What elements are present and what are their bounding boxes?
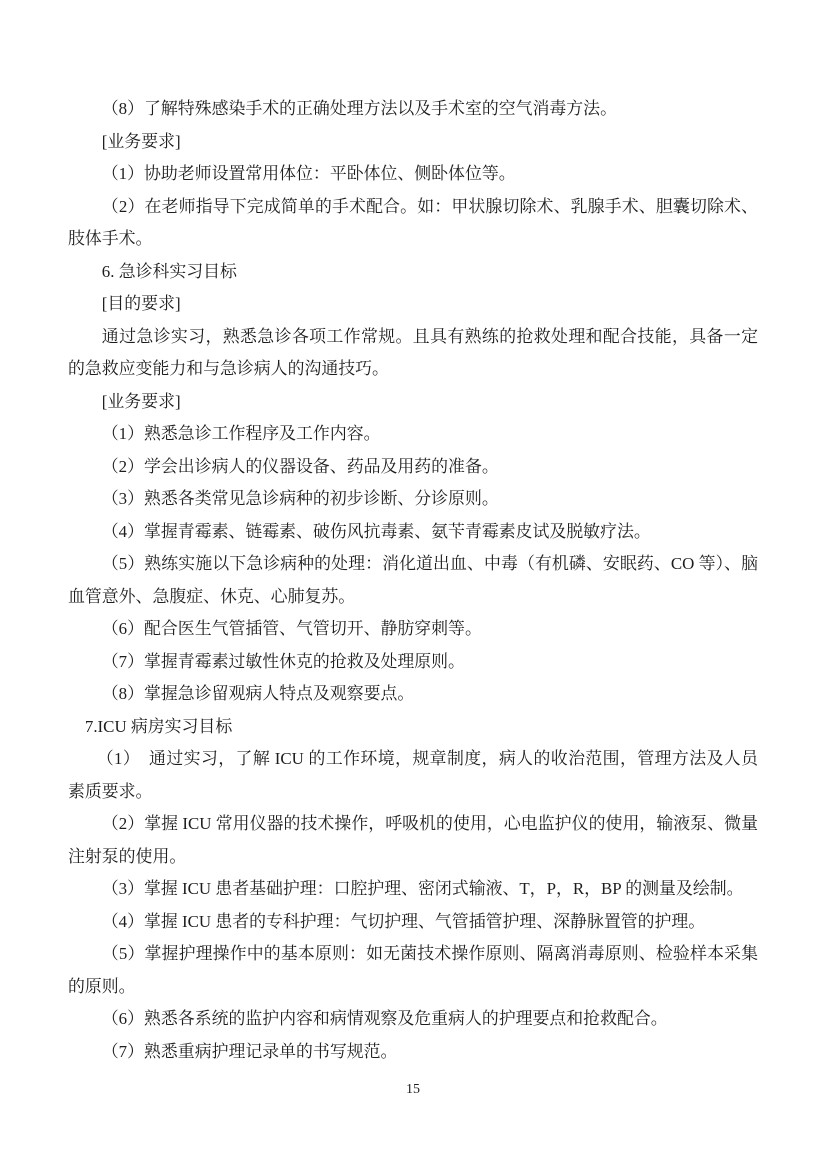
paragraph: （3）掌握 ICU 患者基础护理：口腔护理、密闭式输液、T，P，R，BP 的测量…: [68, 873, 758, 906]
paragraph: （2）掌握 ICU 常用仪器的技术操作，呼吸机的使用，心电监护仪的使用，输液泵、…: [68, 808, 758, 873]
paragraph: （7）熟悉重病护理记录单的书写规范。: [68, 1036, 758, 1069]
paragraph: （6）配合医生气管插管、气管切开、静肪穿刺等。: [68, 613, 758, 646]
paragraph: （2）学会出诊病人的仪器设备、药品及用药的准备。: [68, 451, 758, 484]
paragraph: （8）了解特殊感染手术的正确处理方法以及手术室的空气消毒方法。: [68, 93, 758, 126]
paragraph: （7）掌握青霉素过敏性休克的抢救及处理原则。: [68, 646, 758, 679]
paragraph: （1）熟悉急诊工作程序及工作内容。: [68, 418, 758, 451]
document-page: （8）了解特殊感染手术的正确处理方法以及手术室的空气消毒方法。[业务要求]（1）…: [0, 0, 826, 1169]
paragraph: （4）掌握青霉素、链霉素、破伤风抗毒素、氨苄青霉素皮试及脱敏疗法。: [68, 516, 758, 549]
paragraph: （3）熟悉各类常见急诊病种的初步诊断、分诊原则。: [68, 483, 758, 516]
document-body: （8）了解特殊感染手术的正确处理方法以及手术室的空气消毒方法。[业务要求]（1）…: [68, 93, 758, 1068]
paragraph: 6. 急诊科实习目标: [68, 256, 758, 289]
paragraph: （5）掌握护理操作中的基本原则：如无菌技术操作原则、隔离消毒原则、检验样本采集的…: [68, 938, 758, 1003]
paragraph: （1）协助老师设置常用体位：平卧体位、侧卧体位等。: [68, 158, 758, 191]
paragraph: 7.ICU 病房实习目标: [68, 711, 758, 744]
paragraph: （4）掌握 ICU 患者的专科护理：气切护理、气管插管护理、深静脉置管的护理。: [68, 906, 758, 939]
paragraph: （1） 通过实习，了解 ICU 的工作环境，规章制度，病人的收治范围，管理方法及…: [68, 743, 758, 808]
paragraph: （6）熟悉各系统的监护内容和病情观察及危重病人的护理要点和抢救配合。: [68, 1003, 758, 1036]
paragraph: （8）掌握急诊留观病人特点及观察要点。: [68, 678, 758, 711]
paragraph: [业务要求]: [68, 126, 758, 159]
paragraph: （5）熟练实施以下急诊病种的处理：消化道出血、中毒（有机磷、安眠药、CO 等）、…: [68, 548, 758, 613]
page-number: 15: [0, 1082, 826, 1098]
paragraph: （2）在老师指导下完成简单的手术配合。如：甲状腺切除术、乳腺手术、胆囊切除术、肢…: [68, 191, 758, 256]
paragraph: 通过急诊实习，熟悉急诊各项工作常规。且具有熟练的抢救处理和配合技能，具备一定的急…: [68, 321, 758, 386]
paragraph: [目的要求]: [68, 288, 758, 321]
paragraph: [业务要求]: [68, 386, 758, 419]
